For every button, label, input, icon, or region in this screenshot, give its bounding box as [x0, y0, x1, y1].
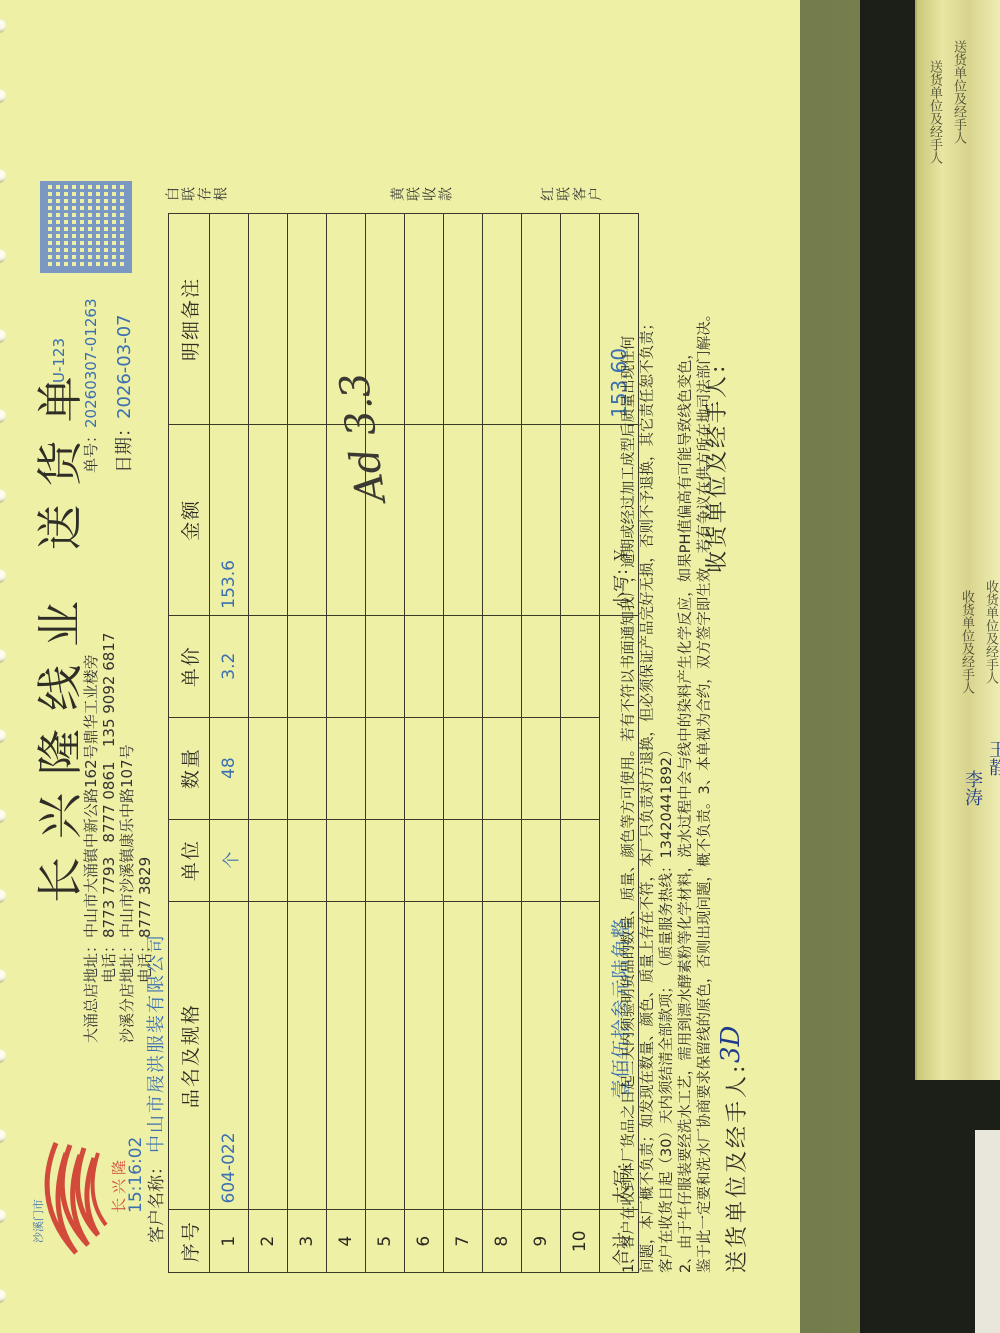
- customer-name: 中山市屐洪服装有限公司: [142, 933, 168, 1153]
- sprocket-hole: [0, 1049, 6, 1063]
- col-no: 序号: [169, 1210, 210, 1273]
- terms-line: 鉴于此一定要和洗水厂协商要求保留线的原色，否则出现问题，概不负责。3、本单视为合…: [696, 93, 715, 1273]
- sprocket-hole: [0, 409, 6, 423]
- row-no: 4: [327, 1210, 366, 1273]
- row-no: 1: [210, 1210, 249, 1273]
- table-row: 8: [483, 214, 522, 1273]
- row-no: 10: [561, 1210, 600, 1273]
- terms-line: 1、客户在收到本厂货品之日起三天内须验明货品的数量、质量、颜色等方可使用。若有不…: [620, 93, 639, 1273]
- perforation-strip: [0, 0, 16, 1333]
- form-code: U-123: [50, 338, 68, 383]
- date-label: 日期：: [114, 419, 135, 473]
- terms-line: 客户在收货日起（30）天内须结清全部款项； （质量服务热线：1342044189…: [658, 93, 677, 1273]
- sprocket-hole: [0, 969, 6, 983]
- sender-signature-label: 送货单位及经手人:: [720, 1063, 751, 1273]
- delivery-note: 沙溪门市 长兴隆 15:16:02 长兴隆线业 送货单 大涌总店地址：中山市大涌…: [0, 0, 800, 1333]
- col-unit: 单位: [169, 819, 210, 901]
- table-row: 3: [288, 214, 327, 1273]
- sprocket-hole: [0, 1289, 6, 1303]
- terms-and-conditions: 1、客户在收到本厂货品之日起三天内须验明货品的数量、质量、颜色等方可使用。若有不…: [620, 93, 715, 1273]
- receiver-signature-label: 收货单位及经手人:: [700, 363, 731, 573]
- col-note: 明细备注: [169, 214, 210, 425]
- sprocket-hole: [0, 649, 6, 663]
- date-value: 2026-03-07: [114, 314, 135, 419]
- row-qty: 48: [210, 717, 249, 819]
- row-no: 7: [444, 1210, 483, 1273]
- sprocket-hole: [0, 569, 6, 583]
- sprocket-hole: [0, 169, 6, 183]
- copy-white-label: 白联存根: [165, 185, 229, 205]
- sprocket-hole: [0, 489, 6, 503]
- delivery-note-photo: 沙溪门市 长兴隆 15:16:02 长兴隆线业 送货单 大涌总店地址：中山市大涌…: [0, 0, 1000, 1333]
- row-item: 604-022: [210, 901, 249, 1210]
- table-row: 1 604-022 个 48 3.2 153.6: [210, 214, 249, 1273]
- copy-yellow-label: 黄联收款: [390, 185, 454, 205]
- doc-date: 日期：2026-03-07: [110, 314, 136, 473]
- row-no: 5: [366, 1210, 405, 1273]
- row-no: 9: [522, 1210, 561, 1273]
- sprocket-hole: [0, 1209, 6, 1223]
- row-no: 3: [288, 1210, 327, 1273]
- col-price: 单价: [169, 615, 210, 717]
- col-qty: 数量: [169, 717, 210, 819]
- table-header: 序号 品名及规格 单位 数量 单价 金额 明细备注: [169, 214, 210, 1273]
- table-row: 9: [522, 214, 561, 1273]
- doc-no: 单号：20260307-01263: [80, 299, 101, 474]
- row-price: 3.2: [210, 615, 249, 717]
- sprocket-hole: [0, 249, 6, 263]
- sender-signature: 3D: [716, 1026, 746, 1063]
- sprocket-hole: [0, 889, 6, 903]
- table-row: 6: [405, 214, 444, 1273]
- copy-red-label: 红联客户: [540, 185, 604, 205]
- table-row: 7: [444, 214, 483, 1273]
- sprocket-hole: [0, 19, 6, 33]
- table-row: 10: [561, 214, 600, 1273]
- col-item: 品名及规格: [169, 901, 210, 1210]
- row-no: 2: [249, 1210, 288, 1273]
- row-note: [210, 214, 249, 425]
- col-amount: 金额: [169, 424, 210, 615]
- customer-label: 客户名称：: [142, 1158, 167, 1243]
- phone-branch-value: 8777 3829: [136, 857, 154, 938]
- terms-line: 2、由于牛仔服装要经洗水工艺，需用到漂水酵素粉等化学材料，洗水过程中会与线中的染…: [677, 93, 696, 1273]
- row-unit: 个: [210, 819, 249, 901]
- qr-code-icon: [40, 181, 132, 273]
- sprocket-hole: [0, 329, 6, 343]
- doc-no-label: 单号：: [82, 428, 100, 473]
- table-row: 2: [249, 214, 288, 1273]
- sprocket-hole: [0, 89, 6, 103]
- row-no: 8: [483, 1210, 522, 1273]
- row-amount: 153.6: [210, 424, 249, 615]
- sprocket-hole: [0, 809, 6, 823]
- sprocket-hole: [0, 1129, 6, 1143]
- sprocket-hole: [0, 729, 6, 743]
- items-table: 序号 品名及规格 单位 数量 单价 金额 明细备注 1 604-022 个 48…: [168, 213, 639, 1273]
- doc-no-value: 20260307-01263: [82, 299, 100, 428]
- terms-line: 问题，本厂概不负责；如发现在数量、颜色、质量上存在不符，本厂只负责对方退换，但必…: [639, 93, 658, 1273]
- row-no: 6: [405, 1210, 444, 1273]
